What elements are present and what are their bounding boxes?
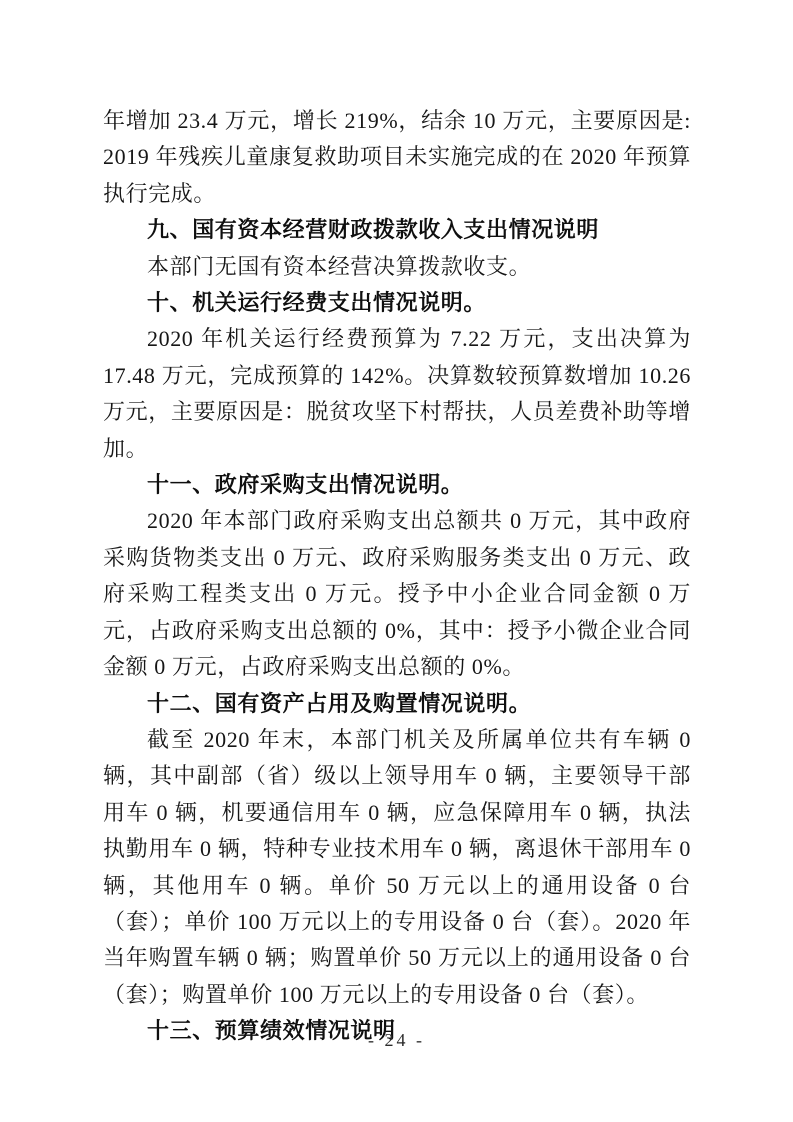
- section-heading: 十一、政府采购支出情况说明。: [103, 467, 691, 503]
- section-heading: 十二、国有资产占用及购置情况说明。: [103, 686, 691, 722]
- page-number: - 24 -: [0, 1030, 793, 1051]
- body-paragraph: 年增加 23.4 万元，增长 219%，结余 10 万元，主要原因是: 2019…: [103, 103, 691, 212]
- section-heading: 十、机关运行经费支出情况说明。: [103, 285, 691, 321]
- body-paragraph: 2020 年机关运行经费预算为 7.22 万元，支出决算为 17.48 万元，完…: [103, 321, 691, 467]
- document-body: 年增加 23.4 万元，增长 219%，结余 10 万元，主要原因是: 2019…: [103, 103, 691, 1050]
- body-paragraph: 本部门无国有资本经营决算拨款收支。: [103, 249, 691, 285]
- section-heading: 九、国有资本经营财政拨款收入支出情况说明: [103, 212, 691, 248]
- body-paragraph: 截至 2020 年末，本部门机关及所属单位共有车辆 0 辆，其中副部（省）级以上…: [103, 722, 691, 1013]
- body-paragraph: 2020 年本部门政府采购支出总额共 0 万元，其中政府采购货物类支出 0 万元…: [103, 503, 691, 685]
- document-page: 年增加 23.4 万元，增长 219%，结余 10 万元，主要原因是: 2019…: [0, 0, 793, 1122]
